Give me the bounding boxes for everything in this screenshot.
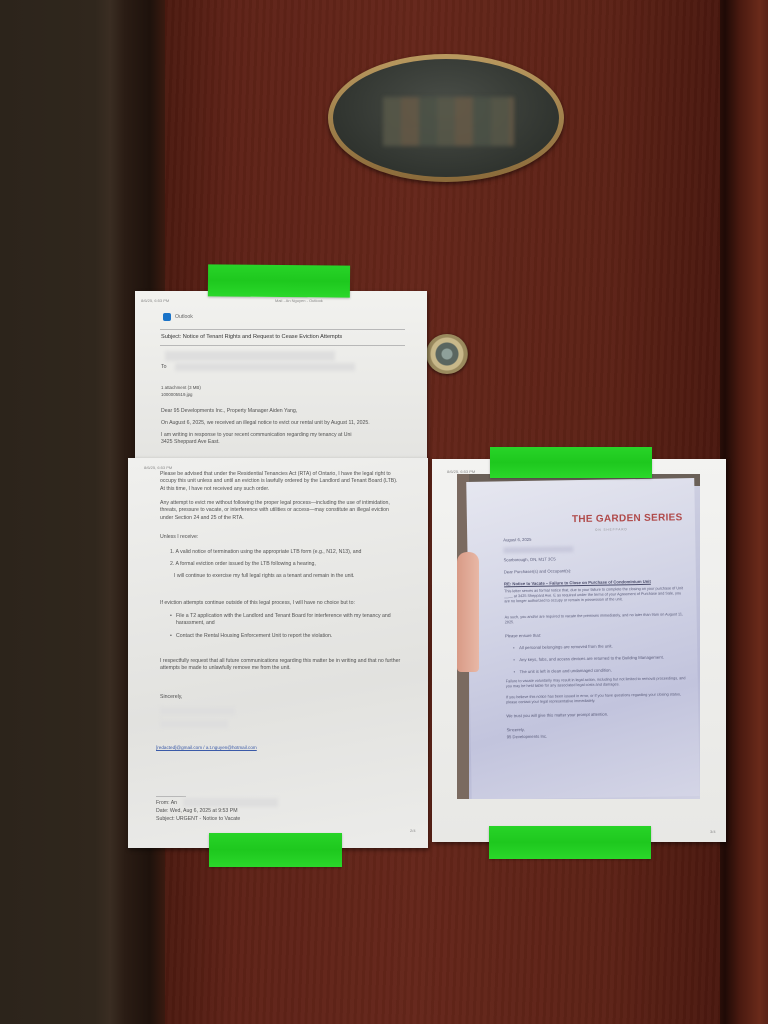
redacted-recipient [175,363,355,371]
closing: Sincerely, [160,694,182,701]
outlook-icon [163,313,171,321]
redacted-signature [160,720,228,728]
print-date: 8/6/25, 6:53 PM [141,298,169,303]
page-number: 3/4 [710,829,716,834]
paragraph: I respectfully request that all future c… [160,658,405,673]
divider [160,329,405,330]
print-title: Mail - An Nguyen - Outlook [275,298,323,303]
redacted-nameplate-text [383,97,514,147]
redacted-address [503,546,573,553]
green-tape-strip [208,264,350,297]
from-line: From: An [156,800,177,807]
brand-subtitle: ON SHEPPARD [595,527,628,532]
page-number: 2/4 [410,828,416,833]
eviction-notice-letter: THE GARDEN SERIES ON SHEPPARD August 6, … [466,478,700,799]
letter-bullet: The unit is left in clean and undamaged … [520,668,612,676]
letter-paragraph: If you believe this notice has been issu… [506,692,688,706]
numbered-item: 2. A formal eviction order issued by the… [170,561,316,568]
app-name: Outlook [175,314,193,321]
door-scene: 8/6/25, 6:53 PM Mail - An Nguyen - Outlo… [0,0,768,1024]
letter-date: August 6, 2025 [503,537,531,543]
green-tape-strip [490,447,652,478]
divider [160,345,405,346]
letter-paragraph: As such, you and/or are required to vaca… [505,612,687,626]
greeting: Dear 95 Developments Inc., Property Mana… [161,408,297,415]
unit-nameplate [328,54,564,182]
print-date: 8/6/25, 6:53 PM [144,465,172,470]
subject-line: Subject: URGENT - Notice to Vacate [156,816,240,823]
door-peephole [426,334,468,374]
green-tape-strip [209,833,342,867]
letter-paragraph: Failure to vacate voluntarily may result… [506,676,688,690]
paragraph: If eviction attempts continue outside of… [160,600,355,607]
letter-bullet: Any keys, fobs, and access devices are r… [519,655,664,664]
numbered-item: 1. A valid notice of termination using t… [170,549,361,556]
paragraph: 3425 Sheppard Ave East. [161,439,220,446]
letter-paragraph: This letter serves as formal notice that… [504,586,686,605]
paragraph: On August 6, 2025, we received an illega… [161,420,370,427]
letter-bullet: All personal belongings are removed from… [519,643,613,651]
letter-paragraph: We trust you will give this matter your … [506,712,608,720]
letter-signer: 95 Developments Inc. [507,734,548,741]
salutation: Dear Purchaser(s) and Occupant(s): [504,568,572,575]
redacted-sender [183,798,278,807]
paragraph: I will continue to exercise my full lega… [174,573,355,580]
paragraph: Please be advised that under the Residen… [160,471,400,493]
contact-emails[interactable]: [redacted]@gmail.com / a.t.nguyen@hotmai… [156,744,257,751]
letter-city: Scarborough, ON, M1T 3C5 [504,556,556,563]
re-line: RE: Notice to Vacate – Failure to Close … [504,579,651,588]
bullet-item: File a T2 application with the Landlord … [176,613,401,628]
attachment-file[interactable]: 1000005519.jpg [161,391,193,398]
letter-closing: Sincerely, [507,727,525,733]
hand-finger [457,552,479,672]
email-printout-page-2: 8/6/25, 6:53 PM Please be advised that u… [128,458,428,848]
redacted-signature [160,707,235,715]
unless-label: Unless I receive: [160,534,198,541]
paragraph: Any attempt to evict me without followin… [160,500,400,522]
green-tape-strip [489,826,651,859]
email-printout-page-1: 8/6/25, 6:53 PM Mail - An Nguyen - Outlo… [135,291,427,461]
date-line: Date: Wed, Aug 6, 2025 at 9:53 PM [156,808,238,815]
divider [156,796,186,797]
ensure-label: Please ensure that: [505,633,541,640]
eviction-notice-photo: THE GARDEN SERIES ON SHEPPARD August 6, … [457,474,700,799]
bullet-item: Contact the Rental Housing Enforcement U… [176,633,332,640]
email-subject: Subject: Notice of Tenant Rights and Req… [161,334,342,341]
redacted-sender [165,351,335,361]
to-label: To [161,364,166,371]
brand-logo: THE GARDEN SERIES [572,512,683,525]
